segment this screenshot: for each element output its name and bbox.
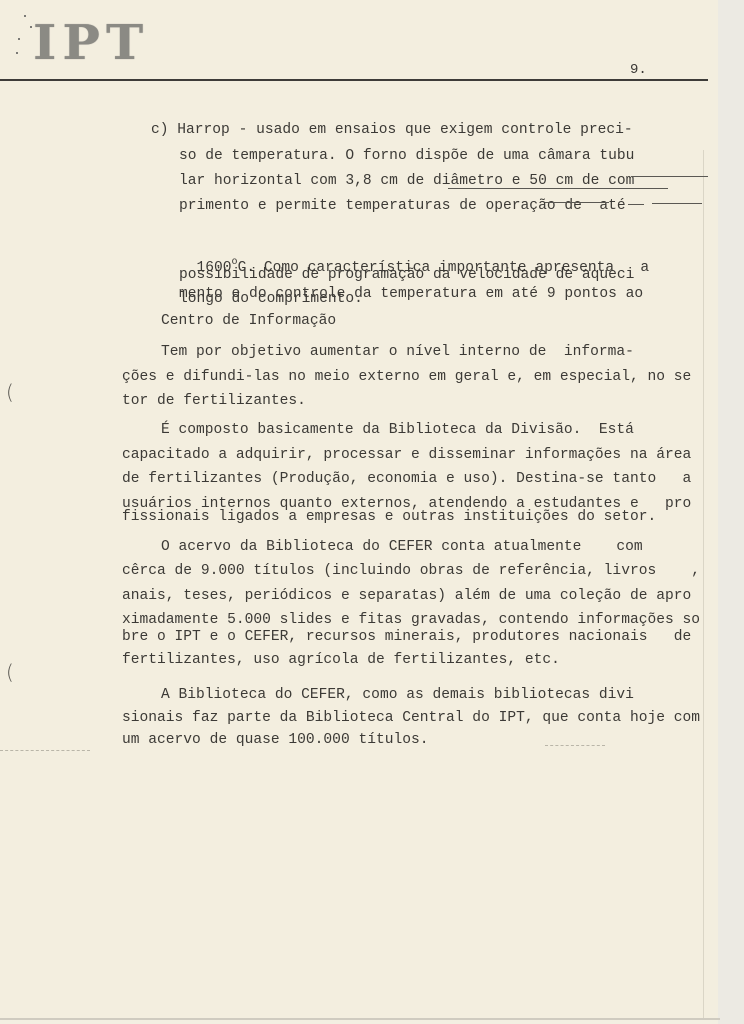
paragraph-line: bre o IPT e o CEFER, recursos minerais, … xyxy=(122,630,691,645)
paragraph-line: Tem por objetivo aumentar o nível intern… xyxy=(161,345,634,360)
paragraph-line: sionais faz parte da Biblioteca Central … xyxy=(122,711,700,726)
speckle xyxy=(24,15,26,17)
ipt-logo: IPT xyxy=(33,19,149,67)
paragraph-line: cêrca de 9.000 títulos (incluindo obras … xyxy=(122,564,700,579)
speckle xyxy=(16,52,18,54)
speckle xyxy=(18,38,20,40)
paragraph-line: ções e difundi-las no meio externo em ge… xyxy=(122,370,691,385)
paragraph-line: A Biblioteca do CEFER, como as demais bi… xyxy=(161,688,634,703)
typewriter-correction-mark xyxy=(545,202,609,203)
paragraph-line: ximadamente 5.000 slides e fitas gravada… xyxy=(122,613,700,628)
page-number: 9. xyxy=(630,62,647,78)
paragraph-line: fissionais ligados a empresas e outras i… xyxy=(122,510,656,525)
paragraph-line: fertilizantes, uso agrícola de fertiliza… xyxy=(122,653,560,668)
page-fold-line xyxy=(703,150,704,1020)
typewriter-correction-mark xyxy=(632,176,708,177)
item-c-line: longo do comprimento. xyxy=(179,292,363,307)
section-title: Centro de Informação xyxy=(161,314,336,329)
faint-guide-line xyxy=(0,750,90,752)
paragraph-line: tor de fertilizantes. xyxy=(122,394,306,409)
item-c-line: so de temperatura. O forno dispõe de uma… xyxy=(179,149,634,164)
header-rule xyxy=(0,79,708,81)
typewriter-correction-mark xyxy=(628,204,644,205)
typewriter-correction-mark xyxy=(652,203,702,204)
paragraph-line: capacitado a adquirir, processar e disse… xyxy=(122,448,691,463)
margin-mark: ( xyxy=(6,660,14,684)
item-c-line: lar horizontal com 3,8 cm de diâmetro e … xyxy=(179,174,634,189)
paragraph-line: um acervo de quase 100.000 títulos. xyxy=(122,733,429,748)
speckle xyxy=(30,26,32,28)
scan-edge xyxy=(718,0,744,1024)
typewriter-correction-mark xyxy=(448,188,668,189)
paragraph-line: É composto basicamente da Biblioteca da … xyxy=(161,423,634,438)
paragraph-line: anais, teses, periódicos e separatas) al… xyxy=(122,589,691,604)
item-c-line: possibilidade de programação da velocida… xyxy=(179,268,634,283)
paragraph-line: O acervo da Biblioteca do CEFER conta at… xyxy=(161,540,643,555)
page-bottom-edge xyxy=(0,1018,720,1020)
faint-guide-line xyxy=(545,745,605,747)
margin-mark: ( xyxy=(6,380,14,404)
item-c-line: c) Harrop - usado em ensaios que exigem … xyxy=(151,123,633,138)
paragraph-line: de fertilizantes (Produção, economia e u… xyxy=(122,472,691,487)
